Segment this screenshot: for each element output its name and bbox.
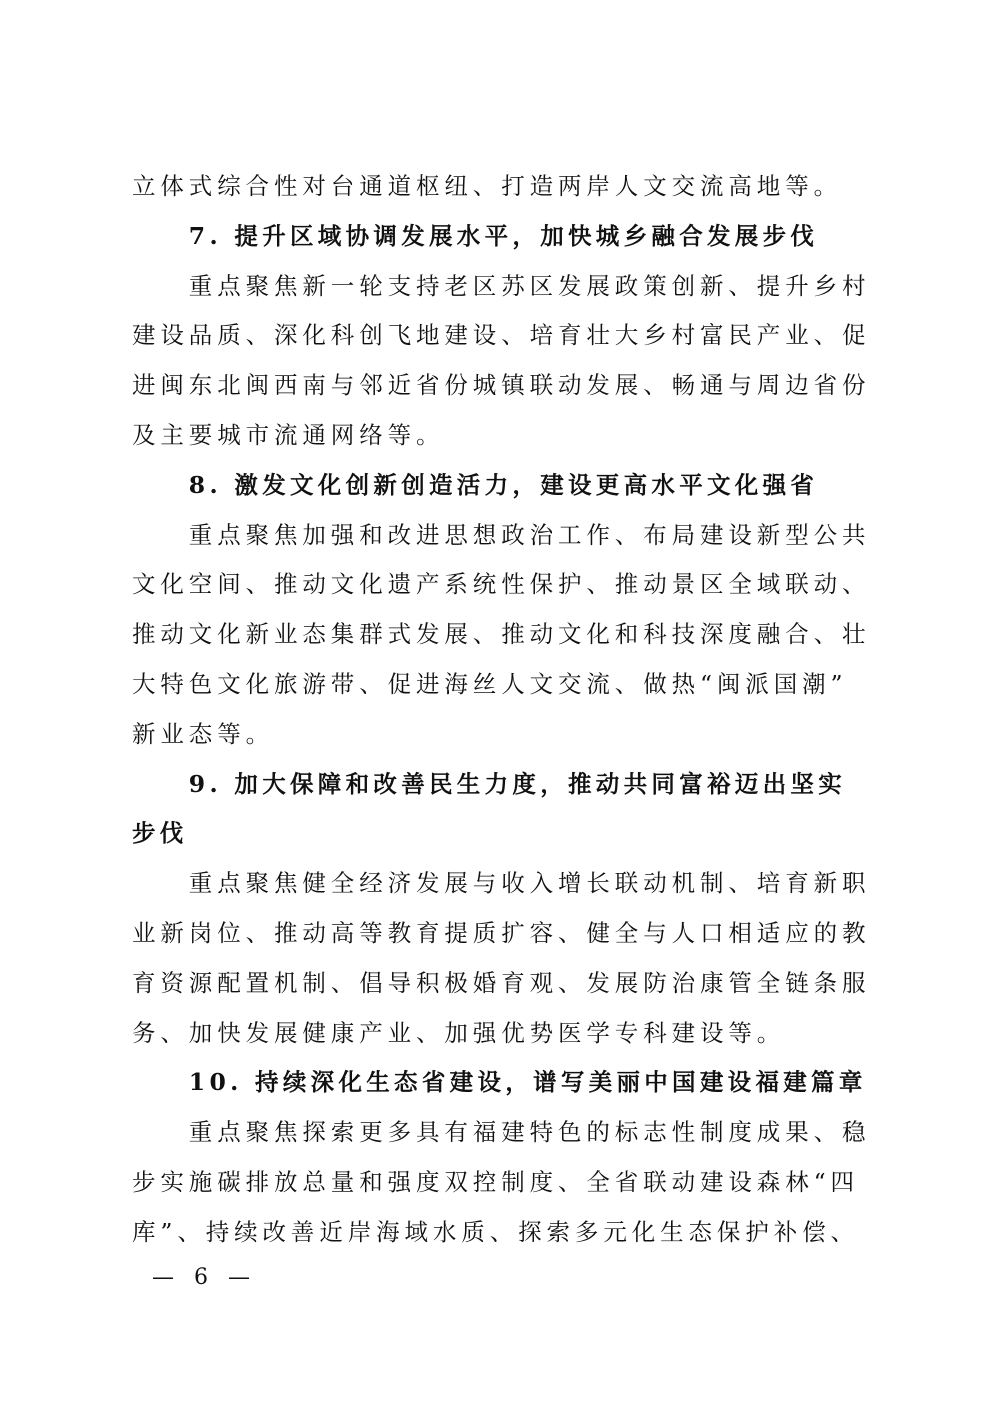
page-number: — 6 —: [152, 1262, 252, 1294]
paragraph-line: 新业态等。: [132, 710, 874, 760]
paragraph-line: 务、加快发展健康产业、加强优势医学专科建设等。: [132, 1009, 874, 1059]
body-line: 立体式综合性对台通道枢纽、打造两岸人文交流高地等。: [132, 162, 874, 212]
section-heading-9-continued: 步伐: [132, 809, 874, 859]
paragraph-line: 育资源配置机制、倡导积极婚育观、发展防治康管全链条服: [132, 959, 874, 1009]
paragraph-line: 大特色文化旅游带、促进海丝人文交流、做热“闽派国潮”: [132, 660, 874, 710]
section-heading-7: 7. 提升区域协调发展水平，加快城乡融合发展步伐: [132, 212, 874, 262]
paragraph-line: 文化空间、推动文化遗产系统性保护、推动景区全域联动、: [132, 560, 874, 610]
document-body: 立体式综合性对台通道枢纽、打造两岸人文交流高地等。 7. 提升区域协调发展水平，…: [132, 162, 874, 1258]
paragraph-line: 重点聚焦新一轮支持老区苏区发展政策创新、提升乡村: [132, 262, 874, 312]
document-page: 立体式综合性对台通道枢纽、打造两岸人文交流高地等。 7. 提升区域协调发展水平，…: [0, 0, 1000, 1414]
section-heading-8: 8. 激发文化创新创造活力，建设更高水平文化强省: [132, 461, 874, 511]
paragraph-line: 及主要城市流通网络等。: [132, 411, 874, 461]
paragraph-line: 推动文化新业态集群式发展、推动文化和科技深度融合、壮: [132, 610, 874, 660]
paragraph-line: 步实施碳排放总量和强度双控制度、全省联动建设森林“四: [132, 1158, 874, 1208]
paragraph-line: 库”、持续改善近岸海域水质、探索多元化生态保护补偿、: [132, 1208, 874, 1258]
paragraph-line: 建设品质、深化科创飞地建设、培育壮大乡村富民产业、促: [132, 311, 874, 361]
paragraph-line: 重点聚焦健全经济发展与收入增长联动机制、培育新职: [132, 859, 874, 909]
paragraph-line: 重点聚焦探索更多具有福建特色的标志性制度成果、稳: [132, 1108, 874, 1158]
paragraph-line: 进闽东北闽西南与邻近省份城镇联动发展、畅通与周边省份: [132, 361, 874, 411]
paragraph-line: 业新岗位、推动高等教育提质扩容、健全与人口相适应的教: [132, 909, 874, 959]
section-heading-10: 10. 持续深化生态省建设，谱写美丽中国建设福建篇章: [132, 1058, 874, 1108]
paragraph-line: 重点聚焦加强和改进思想政治工作、布局建设新型公共: [132, 511, 874, 561]
section-heading-9: 9. 加大保障和改善民生力度，推动共同富裕迈出坚实: [132, 760, 874, 810]
